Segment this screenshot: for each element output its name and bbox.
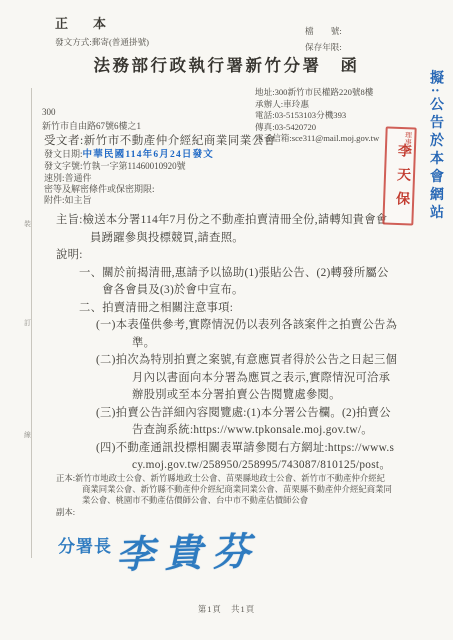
recipient-postal-code: 300 [42, 107, 56, 117]
original-list: 新竹市地政士公會、新竹縣地政士公會、苗栗縣地政士公會、新竹市不動產仲介經紀商業同… [75, 474, 392, 505]
subitem-number: (三) [96, 407, 116, 419]
signer-name-signature: 李貴芬 [115, 520, 260, 579]
subject-label: 主旨: [56, 214, 83, 226]
subitem-number: (四) [96, 442, 116, 454]
attachment-note: 附件:如主旨 [44, 195, 214, 206]
subitem-text: 本表僅供參考,實際情況仍以表列各該案件之拍賣公告為準。 [116, 319, 397, 349]
subitem-text: 拍次為特別拍賣之案號,有意應買者得於公告之日起三個月內以書面向本分署為應買之表示… [116, 354, 397, 401]
copy-type-label: 正 本 [55, 13, 112, 32]
notice-subitem-2: (二)拍次為特別拍賣之案號,有意應買者得於公告之日起三個月內以書面向本分署為應買… [96, 352, 398, 405]
subitem-text: 不動產通訊投標相關表單請參閱右方網址:https://www.scy.moj.g… [116, 442, 394, 472]
recipient-address: 新竹市自由路67號6樓之1 [42, 119, 141, 132]
letter-body: 主旨:檢送本分署114年7月份之不動產拍賣清冊全份,請轉知貴會會員踴躍參與投標競… [56, 212, 398, 475]
handwritten-margin-note: 擬:公告於本會網站 [425, 70, 445, 250]
security-class: 密等及解密條件或保密期限: [44, 184, 214, 195]
binding-mark-xian: 線 [24, 432, 31, 439]
official-letter-page: 裝 訂 線 正 本 發文方式:郵寄(普通掛號) 檔 號: 保存年限: 法務部行政… [0, 0, 453, 640]
seal-name: 李天保 [391, 143, 414, 216]
page-number-footer: 第1頁 共1頁 [0, 603, 453, 615]
document-meta-block: 發文日期:中華民國114年6月24日發文 發文字號:竹執一字第114600109… [44, 149, 214, 206]
notice-subitem-3: (三)拍賣公告詳細內容閱覽處:(1)本分署公告欄。(2)拍賣公告查詢系統:htt… [96, 405, 398, 440]
chairman-seal-stamp: 理事長 李天保 [382, 126, 416, 225]
left-fold-line [31, 88, 32, 558]
binding-mark-zhuang: 裝 [24, 221, 31, 228]
subject-text: 檢送本分署114年7月份之不動產拍賣清冊全份,請轉知貴會會員踴躍參與投標競買,請… [83, 214, 388, 244]
issue-date-line: 發文日期:中華民國114年6月24日發文 [44, 149, 214, 161]
notice-subitem-4: (四)不動產通訊投標相關表單請參閱右方網址:https://www.scy.mo… [96, 440, 398, 475]
speed-class: 速別:普通件 [44, 173, 214, 184]
agency-phone: 電話:03-5153103分機393 [255, 110, 379, 122]
original-recipients: 正本:新竹市地政士公會、新竹縣地政士公會、苗栗縣地政士公會、新竹市不動產仲介經紀… [56, 473, 392, 507]
subject-line: 主旨:檢送本分署114年7月份之不動產拍賣清冊全份,請轉知貴會會員踴躍參與投標競… [56, 212, 398, 247]
document-number: 發文字號:竹執一字第11460010920號 [44, 161, 214, 172]
item-number: 一、 [79, 267, 102, 279]
distribution-block: 正本:新竹市地政士公會、新竹縣地政士公會、苗栗縣地政士公會、新竹市不動產仲介經紀… [56, 473, 392, 518]
file-number-label: 檔 號: [305, 25, 342, 37]
issue-date-stamp: 中華民國114年6月24日發文 [83, 150, 214, 160]
document-title: 法務部行政執行署新竹分署 函 [0, 52, 453, 76]
issue-date-label: 發文日期: [44, 149, 83, 159]
recipient-line: 受文者:新竹市不動產仲介經紀商業同業公會 [44, 132, 276, 148]
item-number: 二、 [79, 302, 102, 314]
signer-title: 分署長 [58, 537, 112, 556]
original-label: 正本: [56, 474, 75, 483]
binding-mark-ding: 訂 [24, 320, 31, 327]
signature-block: 分署長 李貴芬 [58, 522, 260, 577]
description-item-2: 二、拍賣清冊之相關注意事項: [79, 300, 398, 318]
send-method-label: 發文方式:郵寄(普通掛號) [55, 36, 149, 48]
description-label: 說明: [56, 247, 398, 265]
agency-contact-person: 承辦人:車玲惠 [255, 99, 379, 111]
subitem-number: (二) [96, 354, 116, 366]
notice-subitem-1: (一)本表僅供參考,實際情況仍以表列各該案件之拍賣公告為準。 [96, 317, 398, 352]
item-text: 關於前揭清冊,惠請予以協助(1)張貼公告、(2)轉發所屬公會各會員及(3)於會中… [102, 267, 389, 297]
description-item-1: 一、關於前揭清冊,惠請予以協助(1)張貼公告、(2)轉發所屬公會各會員及(3)於… [79, 265, 398, 300]
copy-recipients-label: 副本: [56, 507, 392, 518]
subitem-text: 拍賣公告詳細內容閱覽處:(1)本分署公告欄。(2)拍賣公告查詢系統:https:… [116, 407, 391, 437]
subitem-number: (一) [96, 319, 116, 331]
agency-address: 地址:300新竹市民權路220號8樓 [255, 87, 379, 99]
item-text: 拍賣清冊之相關注意事項: [102, 302, 233, 314]
